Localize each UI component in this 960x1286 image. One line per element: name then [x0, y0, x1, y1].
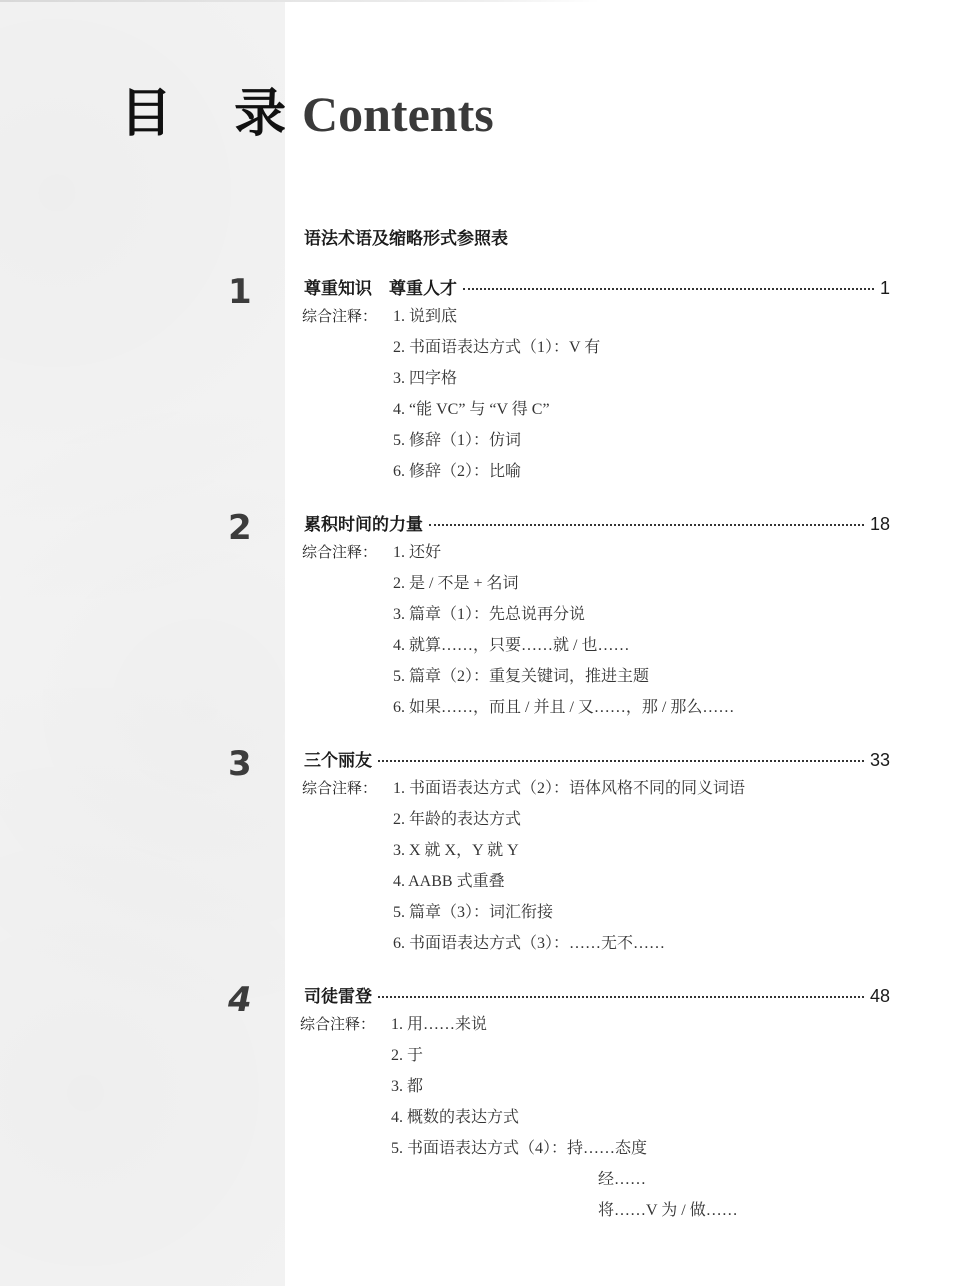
note-item: 4. “能 VC” 与 “V 得 C” — [393, 400, 550, 420]
notes-label: 综合注释： — [302, 305, 377, 326]
left-margin-panel — [0, 0, 285, 1286]
note-item: 1. 还好 — [393, 543, 441, 563]
chapter-heading[interactable]: 司徒雷登 48 — [304, 982, 890, 1006]
note-item: 5. 篇章（3）：词汇衔接 — [393, 903, 553, 923]
note-item: 4. 概数的表达方式 — [391, 1108, 519, 1128]
note-item: 6. 如果……，而且 / 并且 / 又……，那 / 那么…… — [393, 698, 734, 718]
note-sub-item: 经…… — [598, 1170, 646, 1190]
chapter-number: 3 — [228, 744, 252, 784]
note-item: 2. 书面语表达方式（1）：V 有 — [393, 338, 600, 358]
notes-label: 综合注释： — [302, 541, 377, 562]
page-number: 1 — [880, 278, 890, 299]
page-number: 33 — [870, 750, 890, 771]
note-item: 6. 书面语表达方式（3）：……无不…… — [393, 934, 665, 954]
note-item: 5. 修辞（1）：仿词 — [393, 431, 521, 451]
chapter-title[interactable]: 累积时间的力量 — [304, 510, 423, 535]
scan-top-edge — [0, 0, 600, 2]
note-item: 2. 年龄的表达方式 — [393, 810, 521, 830]
dot-leader — [378, 996, 864, 998]
dot-leader — [429, 524, 864, 526]
note-item: 6. 修辞（2）：比喻 — [393, 462, 521, 482]
note-item: 3. 四字格 — [393, 369, 457, 389]
note-item: 2. 是 / 不是 + 名词 — [393, 574, 518, 594]
note-item: 1. 说到底 — [393, 307, 457, 327]
note-item: 3. 篇章（1）：先总说再分说 — [393, 605, 585, 625]
page-title-english: Contents — [302, 84, 494, 144]
reference-table-link[interactable]: 语法术语及缩略形式参照表 — [304, 224, 508, 249]
chapter-number: 4 — [228, 980, 252, 1020]
notes-label: 综合注释： — [300, 1013, 375, 1034]
note-item: 4. AABB 式重叠 — [393, 872, 505, 892]
note-item: 3. 都 — [391, 1077, 423, 1097]
note-item: 5. 篇章（2）：重复关键词，推进主题 — [393, 667, 649, 687]
chapter-number: 1 — [228, 272, 252, 312]
chapter-number: 2 — [228, 508, 252, 548]
note-item: 4. 就算……，只要……就 / 也…… — [393, 636, 629, 656]
notes-label: 综合注释： — [302, 777, 377, 798]
note-item: 1. 用……来说 — [391, 1015, 487, 1035]
page-number: 48 — [870, 986, 890, 1007]
dot-leader — [378, 760, 864, 762]
note-sub-item: 将……V 为 / 做…… — [598, 1201, 738, 1221]
page-number: 18 — [870, 514, 890, 535]
note-item: 5. 书面语表达方式（4）：持……态度 — [391, 1139, 647, 1159]
chapter-title[interactable]: 司徒雷登 — [304, 982, 372, 1007]
chapter-heading[interactable]: 累积时间的力量 18 — [304, 510, 890, 534]
note-item: 3. X 就 X，Y 就 Y — [393, 841, 519, 861]
note-item: 2. 于 — [391, 1046, 423, 1066]
chapter-heading[interactable]: 尊重知识 尊重人才 1 — [304, 274, 890, 298]
page-title-chinese: 目 录 — [120, 84, 308, 144]
dot-leader — [463, 288, 874, 290]
chapter-title[interactable]: 三个丽友 — [304, 746, 372, 771]
note-item: 1. 书面语表达方式（2）：语体风格不同的同义词语 — [393, 779, 745, 799]
chapter-heading[interactable]: 三个丽友 33 — [304, 746, 890, 770]
chapter-title[interactable]: 尊重知识 尊重人才 — [304, 274, 457, 299]
